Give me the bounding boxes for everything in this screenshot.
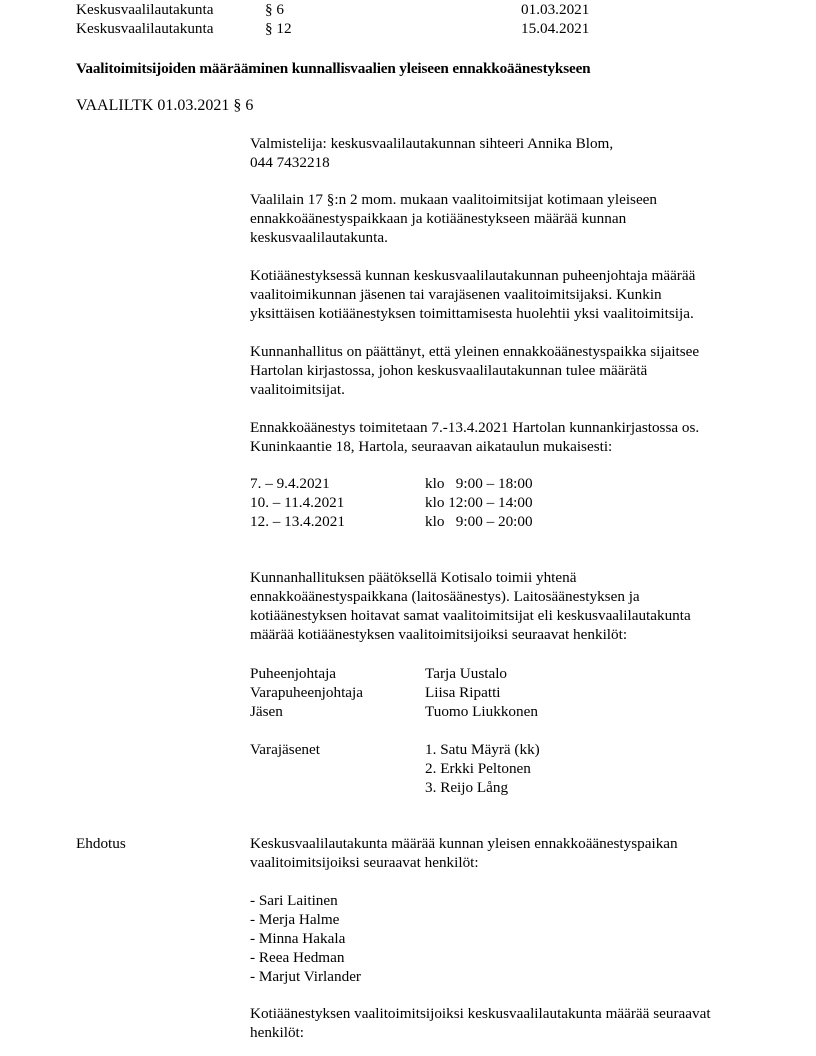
proposal-label: Ehdotus [76,834,126,853]
text-line: Kotiäänestyksessä kunnan keskusvaalilaut… [250,266,760,285]
schedule-dates: 10. – 11.4.2021 [250,493,344,512]
text-line: Ennakkoäänestys toimitetaan 7.-13.4.2021… [250,418,760,437]
text-line: Keskusvaalilautakunta määrää kunnan ylei… [250,834,760,853]
schedule-dates: 7. – 9.4.2021 [250,474,330,493]
role-title: Jäsen [250,702,283,721]
text-line: Valmistelija: keskusvaalilautakunnan sih… [250,134,760,153]
role-person: Tarja Uustalo [425,664,507,683]
schedule-time: klo 12:00 – 14:00 [425,493,533,512]
text-line: kotiäänestyksen hoitavat samat vaalitoim… [250,606,760,625]
text-line: keskusvaalilautakunta. [250,228,760,247]
document-title: Vaalitoimitsijoiden määrääminen kunnalli… [76,59,590,78]
text-line: määrää kotiäänestyksen vaalitoimitsijoik… [250,625,760,644]
deputy-row: 3. Reijo Lång [250,778,650,797]
schedule-table: 7. – 9.4.2021 klo 9:00 – 18:00 10. – 11.… [250,474,650,531]
paragraph-location: Kunnanhallitus on päättänyt, että yleine… [250,342,760,399]
text-line: henkilöt: [250,1023,760,1042]
meeting-section: § 6 [265,0,284,19]
paragraph-schedule-intro: Ennakkoäänestys toimitetaan 7.-13.4.2021… [250,418,760,456]
text-line: ennakkoäänestyspaikkaan ja kotiäänestyks… [250,209,760,228]
text-line: Kuninkaantie 18, Hartola, seuraavan aika… [250,437,760,456]
text-line: ennakkoäänestyspaikkana (laitosäänestys)… [250,587,760,606]
text-line: Hartolan kirjastossa, johon keskusvaalil… [250,361,760,380]
deputy-row: 2. Erkki Peltonen [250,759,650,778]
schedule-row: 12. – 13.4.2021 klo 9:00 – 20:00 [250,512,650,531]
reference-line: VAALILTK 01.03.2021 § 6 [76,96,253,115]
list-item: - Merja Halme [250,910,361,929]
role-title: Varapuheenjohtaja [250,683,363,702]
role-title: Puheenjohtaja [250,664,336,683]
text-line: Kunnanhallituksen päätöksellä Kotisalo t… [250,568,760,587]
deputy-person: 3. Reijo Lång [425,778,508,797]
meeting-row: Keskusvaalilautakunta § 6 01.03.2021 [76,0,776,19]
meeting-row: Keskusvaalilautakunta § 12 15.04.2021 [76,19,776,38]
schedule-row: 7. – 9.4.2021 klo 9:00 – 18:00 [250,474,650,493]
text-line: Vaalilain 17 §:n 2 mom. mukaan vaalitoim… [250,190,760,209]
officials-list: - Sari Laitinen - Merja Halme - Minna Ha… [250,891,361,986]
list-item: - Reea Hedman [250,948,361,967]
deputies-table: Varajäsenet 1. Satu Mäyrä (kk) 2. Erkki … [250,740,650,797]
schedule-dates: 12. – 13.4.2021 [250,512,345,531]
list-item: - Minna Hakala [250,929,361,948]
role-person: Tuomo Liukkonen [425,702,538,721]
text-line: vaalitoimitsijoiksi seuraavat henkilöt: [250,853,760,872]
list-item: - Marjut Virlander [250,967,361,986]
deputy-person: 2. Erkki Peltonen [425,759,531,778]
schedule-row: 10. – 11.4.2021 klo 12:00 – 14:00 [250,493,650,512]
meeting-body: Keskusvaalilautakunta [76,19,214,38]
paragraph-kotisalo: Kunnanhallituksen päätöksellä Kotisalo t… [250,568,760,644]
home-voting-paragraph: Kotiäänestyksen vaalitoimitsijoiksi kesk… [250,1004,760,1042]
deputies-label: Varajäsenet [250,740,320,759]
list-item: - Sari Laitinen [250,891,361,910]
text-line: Kunnanhallitus on päättänyt, että yleine… [250,342,760,361]
role-person: Liisa Ripatti [425,683,501,702]
meeting-body: Keskusvaalilautakunta [76,0,214,19]
deputy-row: Varajäsenet 1. Satu Mäyrä (kk) [250,740,650,759]
deputy-person: 1. Satu Mäyrä (kk) [425,740,540,759]
text-line: 044 7432218 [250,153,760,172]
schedule-time: klo 9:00 – 20:00 [425,512,533,531]
proposal-intro: Keskusvaalilautakunta määrää kunnan ylei… [250,834,760,872]
text-line: Kotiäänestyksen vaalitoimitsijoiksi kesk… [250,1004,760,1023]
meeting-date: 15.04.2021 [521,19,589,38]
meeting-date: 01.03.2021 [521,0,589,19]
text-line: vaalitoimikunnan jäsenen tai varajäsenen… [250,285,760,304]
role-row: Jäsen Tuomo Liukkonen [250,702,650,721]
text-line: vaalitoimitsijat. [250,380,760,399]
role-row: Varapuheenjohtaja Liisa Ripatti [250,683,650,702]
preparer-paragraph: Valmistelija: keskusvaalilautakunnan sih… [250,134,760,172]
role-row: Puheenjohtaja Tarja Uustalo [250,664,650,683]
text-line: yksittäisen kotiäänestyksen toimittamise… [250,304,760,323]
schedule-time: klo 9:00 – 18:00 [425,474,533,493]
meeting-section: § 12 [265,19,292,38]
paragraph-election-law: Vaalilain 17 §:n 2 mom. mukaan vaalitoim… [250,190,760,247]
roles-table: Puheenjohtaja Tarja Uustalo Varapuheenjo… [250,664,650,721]
paragraph-home-voting: Kotiäänestyksessä kunnan keskusvaalilaut… [250,266,760,323]
